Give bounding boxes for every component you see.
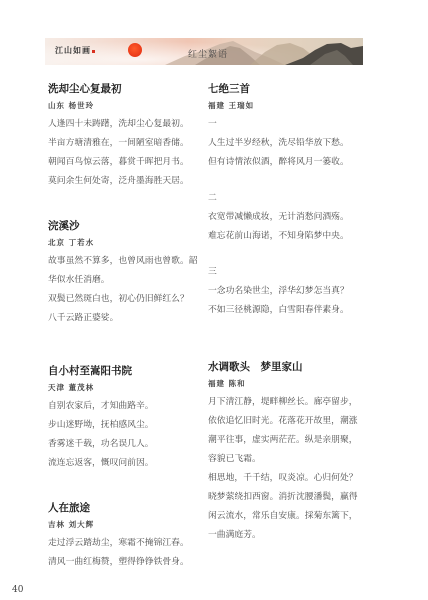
banner-brand-text: 江山如画 [55, 45, 91, 55]
poem-line: 潮平往事，虚实两茫茫。纵是亲朋聚， [208, 431, 388, 450]
poem-title: 洗却尘心复最初 [48, 82, 228, 96]
poem-line: 步山迷野坳，抚柏感风尘。 [48, 416, 228, 435]
seal-icon [92, 50, 95, 53]
poem-author: 福建 陈和 [208, 378, 388, 390]
poem-line: 晓梦萦绕扣西窗。消折沈腰潘鬓，赢得 [208, 488, 388, 507]
poem-author: 福建 王瑞如 [208, 100, 388, 112]
poem-line: 不如三径桃源隐，白雪阳春伴素身。 [208, 301, 388, 320]
section-number: 一 [208, 115, 388, 134]
poem-line: 难忘花前山海诺，不知身陷梦中央。 [208, 227, 388, 246]
poem-line: 相思地，千千结，叹炎凉。心归何处？ [208, 469, 388, 488]
poem: 人在旅途 吉林 刘大辉 走过浮云踏劫尘，寒霜不掩锦江春。 清风一曲红梅赞，塑得铮… [48, 501, 228, 572]
header-banner: 江山如画 红尘絮语 [45, 38, 363, 65]
poem-title: 七绝三首 [208, 82, 388, 96]
banner-subtitle: 红尘絮语 [188, 47, 228, 60]
poem-line: 一曲满庭芳。 [208, 526, 388, 545]
poem-title: 浣溪沙 [48, 219, 228, 233]
poem-line: 月下清江静，堤畔柳丝长。廊亭留步， [208, 393, 388, 412]
poem-line: 华似水任消磨。 [48, 271, 228, 290]
poem: 自小村至嵩阳书院 天津 董茂林 自别农家后，才知曲路辛。 步山迷野坳，抚柏感风尘… [48, 364, 228, 473]
section-number: 三 [208, 263, 388, 282]
poem: 浣溪沙 北京 丁若水 故事虽然不算多，也曾风雨也曾歌。韶 华似水任消磨。 双鬓已… [48, 219, 228, 328]
poem-title: 水调歌头 梦里家山 [208, 360, 388, 374]
poem-line: 但有诗情浓似酒，醉将风月一篓收。 [208, 153, 388, 172]
poem-line: 依依追忆旧时光。花落花开故里，潮涨 [208, 412, 388, 431]
poem-line: 走过浮云踏劫尘，寒霜不掩锦江春。 [48, 534, 228, 553]
poem: 水调歌头 梦里家山 福建 陈和 月下清江静，堤畔柳丝长。廊亭留步， 依依追忆旧时… [208, 360, 388, 545]
poem-line: 流连忘返客，慨叹问前因。 [48, 454, 228, 473]
poem-line: 莫问余生何处寄，泛舟墨海胜天居。 [48, 172, 228, 191]
poem-line: 朝闻百鸟惊云落，暮赏千晖把月书。 [48, 153, 228, 172]
poem-line: 衣宽带减懒成妆，无计消愁问酒殇。 [208, 208, 388, 227]
poem-line: 自别农家后，才知曲路辛。 [48, 397, 228, 416]
poem-line: 清风一曲红梅赞，塑得铮铮铁骨身。 [48, 553, 228, 572]
poem-line: 一念功名染世尘，浮华幻梦怎当真？ [208, 282, 388, 301]
red-sun-icon [128, 43, 142, 57]
poem-line: 半亩方塘清雅在，一间陋室暗香储。 [48, 134, 228, 153]
poem-author: 山东 杨世玲 [48, 100, 228, 112]
poem-line: 容貌已飞霜。 [208, 450, 388, 469]
poem-line: 香雾迷千载，功名误几人。 [48, 435, 228, 454]
poem: 洗却尘心复最初 山东 杨世玲 人逢四十未踌躇，洗却尘心复最初。 半亩方塘清雅在，… [48, 82, 228, 191]
banner-brand: 江山如画 [55, 45, 95, 56]
poem-line: 人生过半岁经秋，洗尽铅华放下愁。 [208, 134, 388, 153]
left-column: 洗却尘心复最初 山东 杨世玲 人逢四十未踌躇，洗却尘心复最初。 半亩方塘清雅在，… [48, 82, 228, 572]
poem-author: 吉林 刘大辉 [48, 519, 228, 531]
poem-line: 闲云流水，常乐自安康。採菊东篱下， [208, 507, 388, 526]
right-column: 七绝三首 福建 王瑞如 一 人生过半岁经秋，洗尽铅华放下愁。 但有诗情浓似酒，醉… [208, 82, 388, 545]
poem-author: 天津 董茂林 [48, 382, 228, 394]
poem-author: 北京 丁若水 [48, 237, 228, 249]
page-number: 40 [12, 585, 23, 595]
poem-line: 双鬓已然斑白也，初心仍旧鲜红么？ [48, 290, 228, 309]
poem-title: 自小村至嵩阳书院 [48, 364, 228, 378]
section-number: 二 [208, 189, 388, 208]
poem-line: 八千云路正婆娑。 [48, 309, 228, 328]
poem: 七绝三首 福建 王瑞如 一 人生过半岁经秋，洗尽铅华放下愁。 但有诗情浓似酒，醉… [208, 82, 388, 320]
poem-line: 故事虽然不算多，也曾风雨也曾歌。韶 [48, 252, 228, 271]
poem-title: 人在旅途 [48, 501, 228, 515]
poem-line: 人逢四十未踌躇，洗却尘心复最初。 [48, 115, 228, 134]
